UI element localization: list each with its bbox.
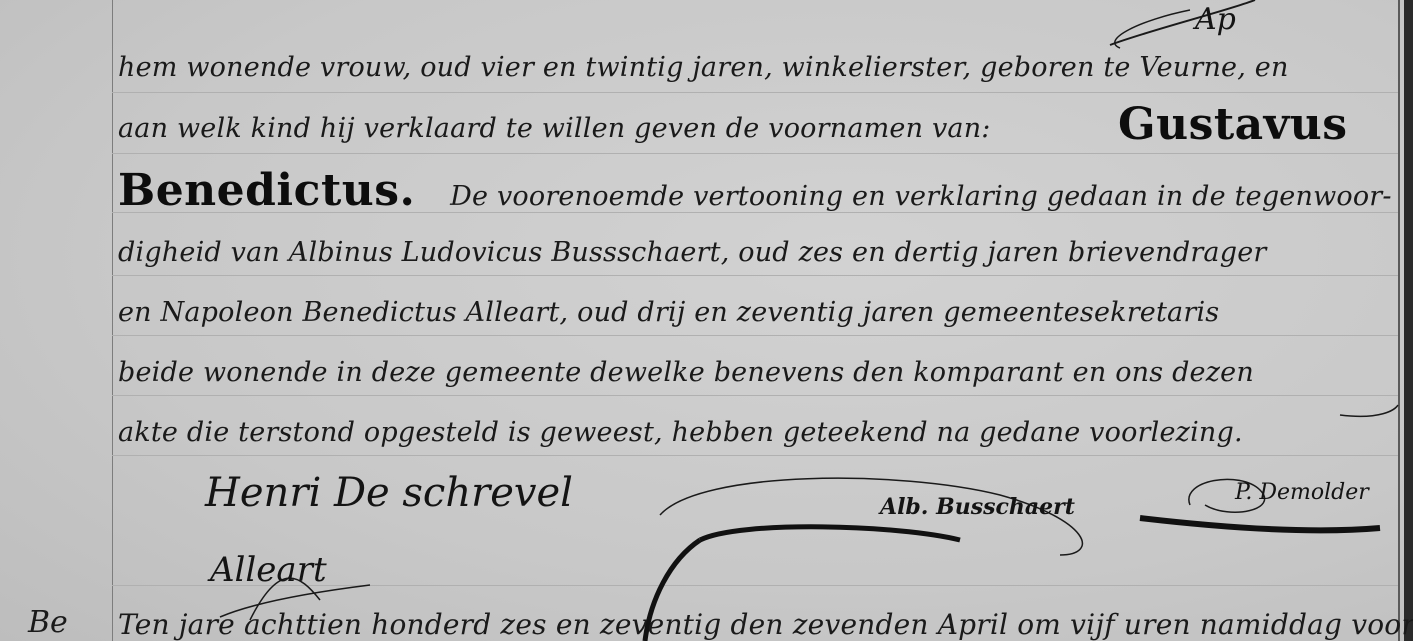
next-entry-line: Ten jare achttien honderd zes en zeventi… [118,608,1413,641]
signature-witness-1: Alb. Busschaert [880,494,1075,520]
child-second-name: Benedictus. [118,165,415,216]
text-line-7: akte die terstond opgesteld is geweest, … [118,417,1243,448]
text-line-2: aan welk kind hij verklaard te willen ge… [118,113,991,144]
text-line-5: en Napoleon Benedictus Alleart, oud drij… [118,297,1219,328]
top-flourish-initials: Ap [1195,2,1236,37]
signature-witness-2: Alleart [210,550,327,590]
text-line-1: hem wonende vrouw, oud vier en twintig j… [118,52,1289,83]
child-first-name: Gustavus [1118,99,1348,150]
signature-official: P. Demolder [1235,480,1369,505]
text-line-4: digheid van Albinus Ludovicus Bussschaer… [118,237,1267,268]
text-line-6: beide wonende in deze gemeente dewelke b… [118,357,1254,388]
text-line-2-body: aan welk kind hij verklaard te willen ge… [118,113,991,144]
signature-father: Henri De schrevel [205,470,573,516]
text-line-3: Benedictus. De voorenoemde vertooning en… [118,165,1392,216]
next-entry-margin-note: Be [28,605,68,640]
document-page: Ap hem wonende vrouw, oud vier en twinti… [0,0,1413,641]
text-line-3-body: De voorenoemde vertooning en verklaring … [450,181,1392,212]
